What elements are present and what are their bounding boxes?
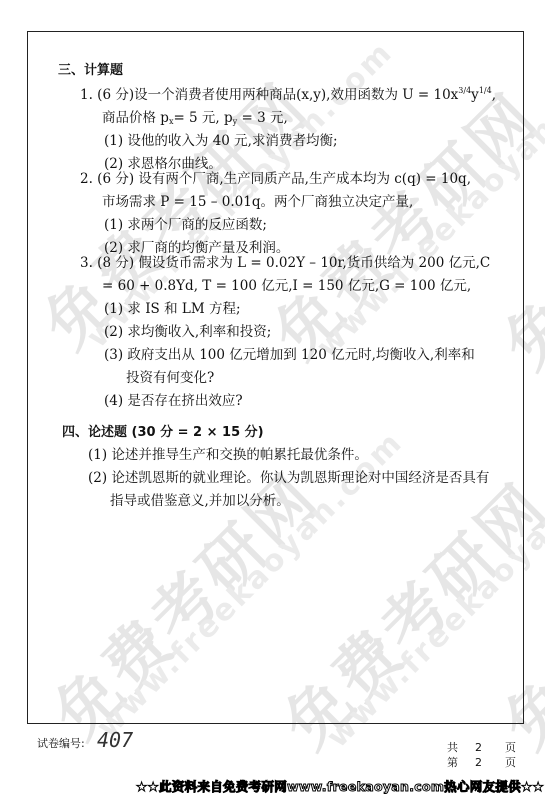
exponent-x: 3/4 — [458, 86, 471, 95]
q1-line2: 商品价格 px= 5 元, py = 3 元, — [102, 109, 288, 127]
page-unit: 页 — [505, 739, 516, 755]
total-pages-value: 2 — [475, 741, 505, 754]
source-banner: ★★此资料来自免费考研网www.freekaoyan.com热心网友提供★★ — [14, 777, 544, 795]
price-y-label: = 5 元, p — [173, 110, 232, 126]
exam-number-label: 试卷编号: — [37, 735, 85, 751]
price-x-label: 商品价格 p — [102, 110, 169, 126]
current-label: 第 — [447, 754, 475, 770]
essay-item-1: (1) 论述并推导生产和交换的帕累托最优条件。 — [88, 446, 368, 464]
essay-item-2-line2: 指导或借鉴意义,并加以分析。 — [110, 492, 290, 510]
q1-text: 1. (6 分)设一个消费者使用两种商品(x,y),效用函数为 U = 10x — [80, 87, 458, 103]
q2-line1: 2. (6 分) 设有两个厂商,生产同质产品,生产成本均为 c(q) = 10q… — [80, 170, 471, 188]
section-4-title: 四、论述题 (30 分 = 2 × 15 分) — [62, 424, 264, 442]
q2-line2: 市场需求 P = 15 – 0.01q。两个厂商独立决定产量, — [102, 193, 413, 211]
q3-sub2: (2) 求均衡收入,利率和投资; — [104, 323, 271, 341]
exam-number-value: 407 — [97, 728, 133, 752]
essay-item-2-line1: (2) 论述凯恩斯的就业理论。你认为凯恩斯理论对中国经济是否具有 — [88, 469, 489, 487]
q3-sub3-line1: (3) 政府支出从 100 亿元增加到 120 亿元时,均衡收入,利率和 — [104, 346, 475, 364]
current-page-value: 2 — [475, 756, 505, 769]
page-unit: 页 — [505, 754, 516, 770]
var-y: y — [471, 87, 479, 103]
current-page: 第2页 — [447, 754, 516, 770]
q3-sub4: (4) 是否存在挤出效应? — [104, 392, 243, 410]
total-pages: 共2页 — [447, 739, 516, 755]
q3-line1: 3. (8 分) 假设货币需求为 L = 0.02Y – 10r,货币供给为 2… — [80, 254, 490, 272]
q1-suffix: , — [492, 87, 496, 103]
q1-sub1: (1) 设他的收入为 40 元,求消费者均衡; — [104, 132, 338, 150]
total-label: 共 — [447, 739, 475, 755]
section-3-title: 三、计算题 — [58, 62, 123, 80]
price-y-value: = 3 元, — [237, 110, 288, 126]
q1-line1: 1. (6 分)设一个消费者使用两种商品(x,y),效用函数为 U = 10x3… — [80, 86, 496, 104]
q3-line2: = 60 + 0.8Yd, T = 100 亿元,I = 150 亿元,G = … — [102, 277, 471, 295]
q3-sub1: (1) 求 IS 和 LM 方程; — [104, 300, 241, 318]
exponent-y: 1/4 — [479, 86, 492, 95]
q3-sub3-line2: 投资有何变化? — [126, 369, 214, 387]
q2-sub1: (1) 求两个厂商的反应函数; — [104, 216, 267, 234]
